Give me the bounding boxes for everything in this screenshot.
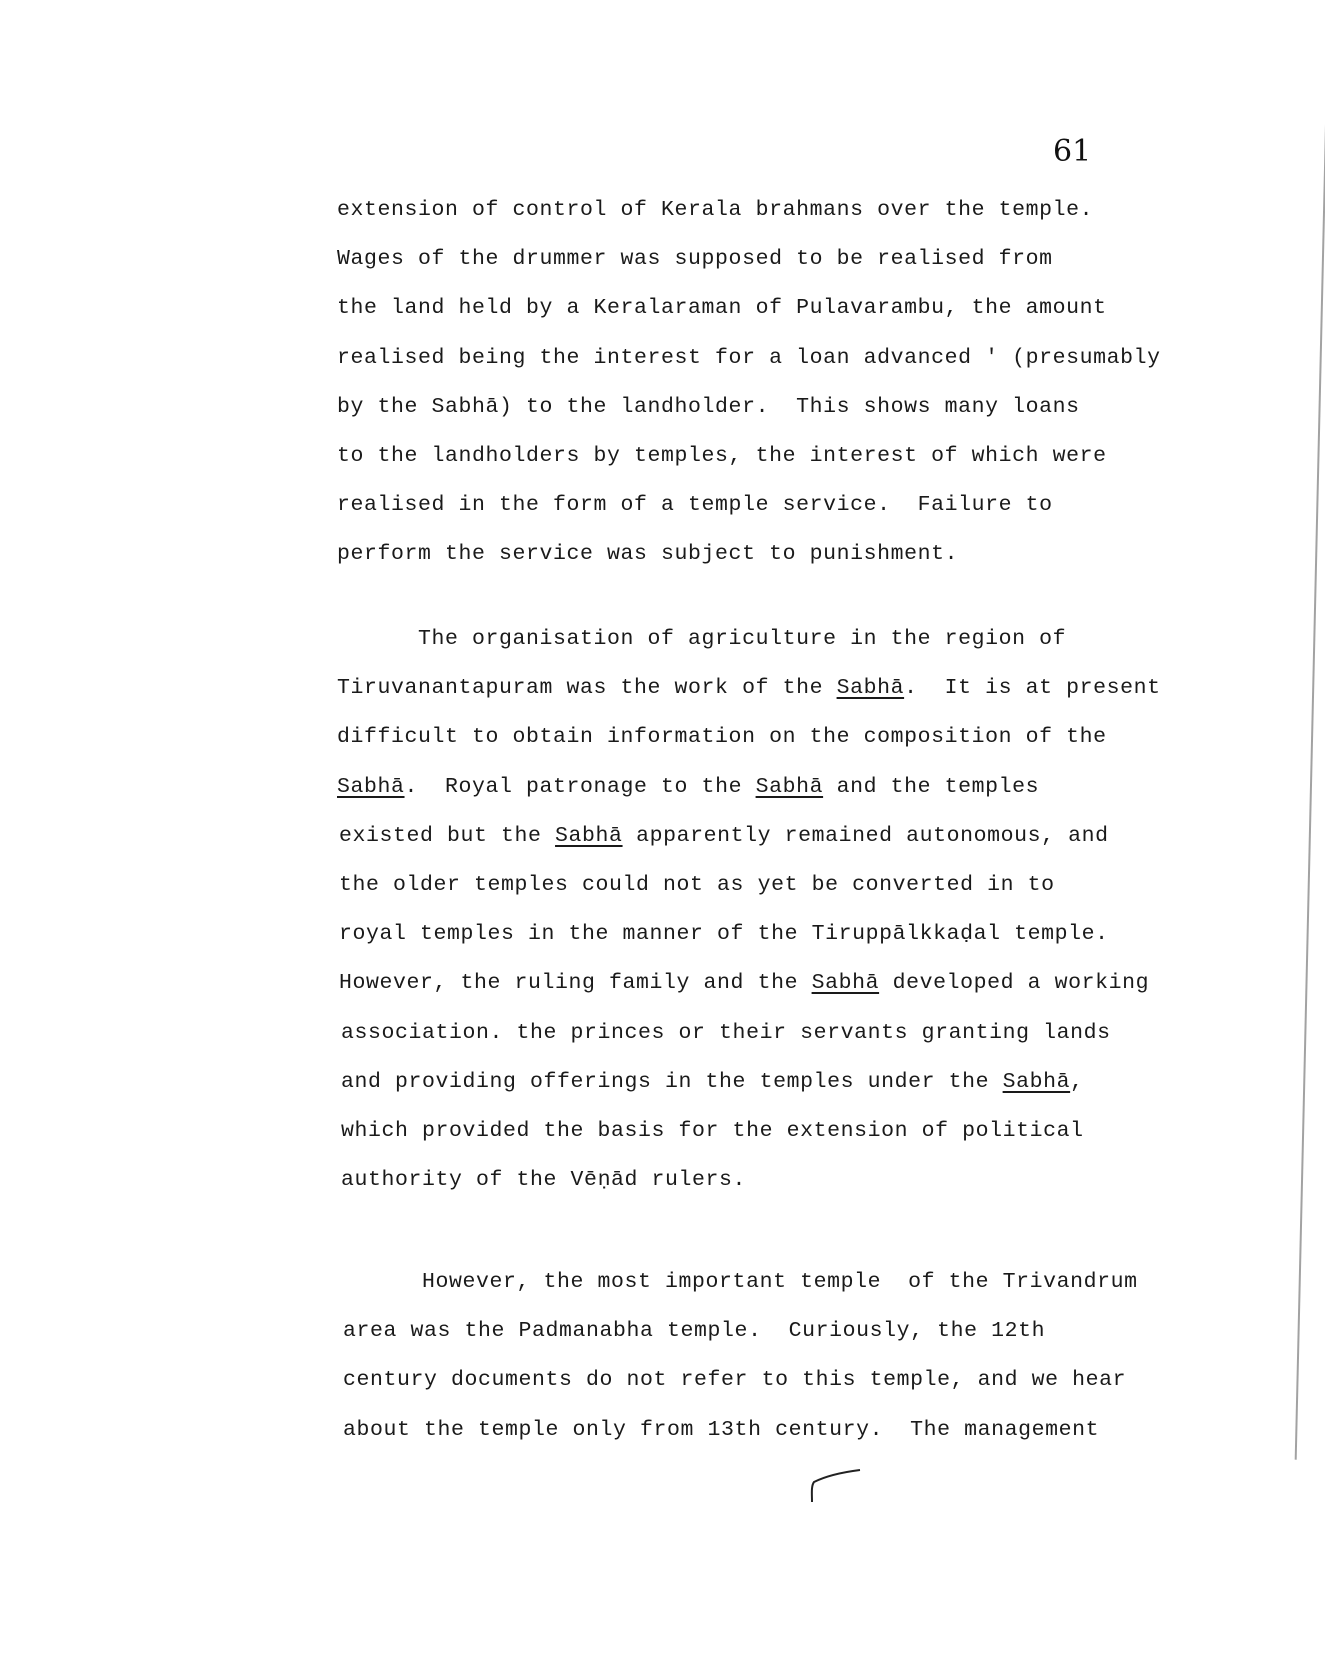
text-line: about the temple only from 13th century.… xyxy=(343,1418,1099,1442)
text-line: by the Sabhā) to the landholder. This sh… xyxy=(337,395,1080,419)
handwritten-tick-mark xyxy=(808,1468,864,1506)
page-edge-line xyxy=(1295,80,1325,1460)
page-number: 61 xyxy=(1053,134,1091,169)
document-page: 61 extension of control of Kerala brahma… xyxy=(0,0,1325,1660)
text-line: Tiruvanantapuram was the work of the Sab… xyxy=(337,676,1161,700)
underlined-term: Sabhā xyxy=(756,775,824,799)
underlined-term: Sabhā xyxy=(837,676,905,700)
text-line: realised being the interest for a loan a… xyxy=(337,346,1161,370)
text-line: existed but the Sabhā apparently remaine… xyxy=(339,824,1109,848)
text-line: Sabhā. Royal patronage to the Sabhā and … xyxy=(337,775,1039,799)
text-line: perform the service was subject to punis… xyxy=(337,542,958,566)
text-line: which provided the basis for the extensi… xyxy=(341,1119,1084,1143)
text-line: century documents do not refer to this t… xyxy=(343,1368,1126,1392)
text-line: realised in the form of a temple service… xyxy=(337,493,1053,517)
text-line: and providing offerings in the temples u… xyxy=(341,1070,1084,1094)
text-line: authority of the Vēṇād rulers. xyxy=(341,1168,746,1192)
text-line: area was the Padmanabha temple. Curiousl… xyxy=(343,1319,1045,1343)
text-line: difficult to obtain information on the c… xyxy=(337,725,1107,749)
underlined-term: Sabhā xyxy=(555,824,623,848)
text-line: to the landholders by temples, the inter… xyxy=(337,444,1107,468)
text-line: the land held by a Keralaraman of Pulava… xyxy=(337,296,1107,320)
underlined-term: Sabhā xyxy=(812,971,880,995)
underlined-term: Sabhā xyxy=(337,775,405,799)
text-line: However, the most important temple of th… xyxy=(341,1270,1138,1294)
text-line: royal temples in the manner of the Tirup… xyxy=(339,922,1109,946)
text-line: extension of control of Kerala brahmans … xyxy=(337,198,1093,222)
underlined-term: Sabhā xyxy=(1003,1070,1071,1094)
text-line: The organisation of agriculture in the r… xyxy=(337,627,1066,651)
text-line: the older temples could not as yet be co… xyxy=(339,873,1055,897)
text-line: association. the princes or their servan… xyxy=(341,1021,1111,1045)
text-line: However, the ruling family and the Sabhā… xyxy=(339,971,1149,995)
text-line: Wages of the drummer was supposed to be … xyxy=(337,247,1053,271)
